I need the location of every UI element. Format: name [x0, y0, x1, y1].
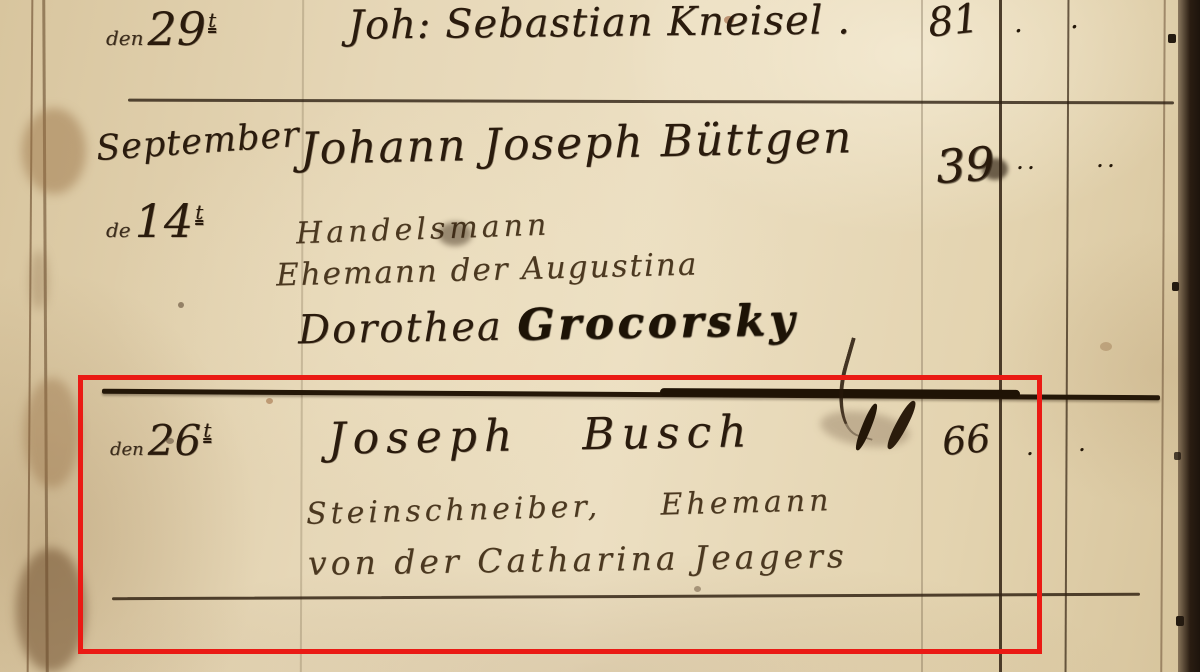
book-edge-dark-band [1178, 0, 1200, 672]
paper-spot [1100, 342, 1112, 351]
edge-stitch-mark [1174, 452, 1181, 460]
separator-line-1 [128, 99, 1174, 105]
entry-2-date: de14t [106, 198, 203, 244]
binding-stain [22, 108, 86, 194]
entry-2-month: September [95, 115, 301, 169]
entry-2-spouse-first: Dorothea [298, 304, 503, 354]
edge-stitch-mark [1168, 34, 1176, 43]
binding-stain [16, 548, 86, 672]
highlight-annotation-box [78, 375, 1042, 654]
entry-2-occupation: Handelsmann [295, 208, 550, 252]
entry-2-column-mark: .. [1016, 146, 1038, 175]
entry-1-column-mark: . [1070, 2, 1082, 35]
entry-1-date-suffix: t [208, 8, 216, 32]
binding-stain [30, 250, 48, 310]
entry-2-column-mark: .. [1096, 144, 1118, 173]
entry-2-date-prefix: de [106, 218, 131, 242]
entry-1-date-prefix: den [106, 26, 144, 50]
edge-stitch-mark [1176, 616, 1184, 626]
entry-2-date-suffix: t [195, 200, 203, 224]
entry-2-spouse-surname: Grocorsky [517, 296, 798, 351]
entry-3-column-mark: . [1078, 428, 1089, 457]
entry-2-spouse-name: Dorothea Grocorsky [298, 296, 799, 355]
entry-1-date: den29t [106, 6, 216, 52]
entry-2-spouse-intro: Ehemann der Augustina [276, 246, 699, 293]
entry-2-name: Johann Joseph Büttgen [300, 112, 854, 175]
entry-2-date-day: 14 [135, 194, 194, 248]
paper-spot [178, 302, 184, 308]
binding-stain [24, 378, 80, 488]
entry-1-date-day: 29 [148, 2, 207, 56]
ink-blot [438, 222, 472, 246]
entry-1-age: 81 [926, 0, 981, 47]
ink-blot [982, 158, 1008, 180]
entry-1-name: Joh: Sebastian Kneisel . [348, 0, 851, 49]
register-page-scan: den29t Joh: Sebastian Kneisel . 81 . . S… [0, 0, 1200, 672]
entry-1-column-mark: . [1014, 6, 1026, 39]
edge-stitch-mark [1172, 282, 1179, 291]
